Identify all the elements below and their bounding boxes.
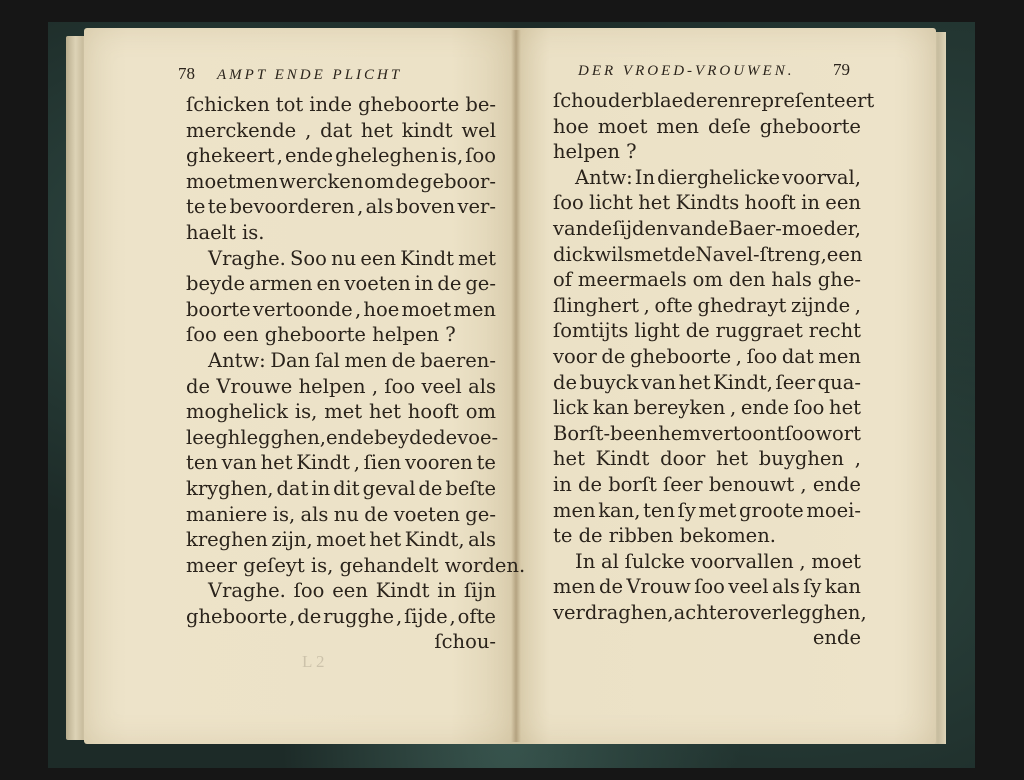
text-line: moghelickis,methethooftom [186,399,496,425]
word: boorte [186,297,251,323]
word: om [693,267,723,293]
word: gheboorte [630,344,731,370]
word: Antw: [208,348,266,374]
word: te [477,450,496,476]
word: Kindt [400,246,454,272]
word: dickwils [553,242,634,268]
text-line: Vraghe.ſooeenKindtinſijn [186,578,496,604]
word: moghelick [186,399,288,425]
word: om [466,399,496,425]
word: het [716,446,748,472]
word: in [553,472,572,498]
word: een [332,578,368,604]
word: in [801,190,820,216]
word: men [553,574,596,600]
word: baeren- [420,348,496,374]
word: nu [334,502,359,528]
text-line: kreghenzijn,moethetKindt,als [186,527,496,553]
word: Dan [270,348,310,374]
word: voeten [344,271,410,297]
word: de [364,502,388,528]
word: de [433,425,457,451]
word: het [361,118,393,144]
word: ſeer [776,370,816,396]
word: men [656,114,699,140]
word: Vraghe. [208,578,286,604]
word: of [553,267,572,293]
word: ſoo [785,421,816,447]
word: te [186,194,205,220]
word: moet [811,549,861,575]
word: benouwt [709,472,794,498]
left-page-body: ſchickentotindegheboortebe-merckende,dat… [186,92,496,655]
word: , [730,395,736,421]
word: beſte [445,476,496,502]
word: ghe- [818,267,861,293]
text-line: moetmenwerckenomdegeboor- [186,169,496,195]
word: het [638,190,670,216]
text-line: ofmeermaelsomdenhalsghe- [553,267,861,293]
word: als [468,374,496,400]
word: kan [593,395,629,421]
text-line: indeborſtſeerbenouwt,ende [553,472,861,498]
word: bereyken [634,395,726,421]
word: overlegghen, [737,600,866,626]
word: Vrouwe [216,374,292,400]
text-line: haelt is. [186,220,496,246]
word: de [418,476,442,502]
word: bevoorderen [229,194,354,220]
word: geboor- [420,169,496,195]
text-line: meer geſeyt is, gehandelt worden. [186,553,496,579]
text-line: beydearmenenvoetenindege- [186,271,496,297]
word: helpen [299,374,366,400]
text-line: vandeſijdenvandeBaer-moeder, [553,216,861,242]
word: ende [285,143,333,169]
word: , [354,450,360,476]
word: veel [728,574,768,600]
word: een [825,190,861,216]
word: Baer-moeder, [728,216,861,242]
word: In [635,165,655,191]
word: gheleghen [335,143,439,169]
word: maniere [186,502,267,528]
word: , [855,293,861,319]
word: een [360,246,396,272]
text-line: leeghlegghen,endebeydedevoe- [186,425,496,451]
word: deſe [708,114,751,140]
word: achter [674,600,738,626]
text-line: hoemoetmendeſegheboorte [553,114,861,140]
word: de [686,318,710,344]
word: met [458,246,496,272]
word: kan, [598,498,640,524]
word: met [699,498,737,524]
text-line: ſlinghert,ofteghedraytzijnde, [553,293,861,319]
word: een [827,242,863,268]
word: men [344,348,387,374]
word: , [289,604,295,630]
word: hooft [408,399,459,425]
word: kindt [402,118,453,144]
text-line: Borſt-beenhemvertoontſoowort [553,421,861,447]
text-line: mendeVrouwſooveelalsſykan [553,574,861,600]
word: in [415,271,434,297]
word: de [599,574,623,600]
word: wercken [279,169,363,195]
word: hals [771,267,811,293]
word: dit [333,476,360,502]
word: qua- [818,370,861,396]
word: ge- [465,271,496,297]
word: meermaels [578,267,687,293]
text-line: dickwilsmetdeNavel-ſtreng,een [553,242,861,268]
text-line: menkan,tenſymetgrootemoei- [553,498,861,524]
word: ſijde [404,604,448,630]
text-line: kryghen,datinditgevaldebeſte [186,476,496,502]
word: , [736,344,742,370]
word: ofte [654,293,692,319]
word: vande [669,216,728,242]
word: in [437,578,456,604]
word: kreghen [186,527,268,553]
word: ſlinghert [553,293,639,319]
word: vooren [405,450,473,476]
word: het [261,450,293,476]
word: hooft [745,190,796,216]
word: buyghen [759,446,844,472]
word: kan [825,574,861,600]
book-gutter [511,30,521,742]
word: , [305,118,311,144]
line-text: haelt is. [186,220,264,246]
word: zijn, [271,527,312,553]
text-line: hetKindtdoorhetbuyghen, [553,446,861,472]
text-line: ſomtijtslightderuggraetrecht [553,318,861,344]
word: buyck [580,370,639,396]
word: Kindt [376,578,430,604]
text-line: te de ribben bekomen. [553,523,861,549]
word: ſijden [613,216,669,242]
word: het [679,370,711,396]
line-text: meer geſeyt is, gehandelt worden. [186,553,525,579]
word: ſulcke [625,549,685,575]
word: Soo [290,246,327,272]
word: lick [553,395,588,421]
word: , [396,604,402,630]
word: de [186,374,210,400]
word: ſoo [694,574,725,600]
word: kryghen, [186,476,274,502]
text-line: Vraghe.SoonueenKindtmet [186,246,496,272]
word: geval [363,476,416,502]
word: de [601,344,625,370]
text-line: lickkanbereyken,endeſoohet [553,395,861,421]
word: ſoo [553,190,584,216]
word: gheboorte [760,114,861,140]
word: ruggraet [716,318,803,344]
word: Vraghe. [208,246,286,272]
word: als [301,502,329,528]
word: , [357,194,363,220]
word: Borſt-been [553,421,658,447]
word: door [660,446,705,472]
word: van [222,450,257,476]
word: ſoo [794,395,825,421]
word: moei- [806,498,861,524]
word: ſy [803,574,821,600]
word: , [644,293,650,319]
word: nu [331,246,356,272]
word: dierghelicke [657,165,780,191]
word: de [578,472,602,498]
word: de [553,370,577,396]
word: verdraghen, [553,600,674,626]
word: is, [441,143,463,169]
word: is, [273,502,295,528]
word: de [672,242,696,268]
word: beyde [374,425,433,451]
word: ſal [315,348,340,374]
word: vertoonde [253,297,353,323]
left-running-header: 78 AMPT ENDE PLICHT [178,64,448,84]
word: , [372,374,378,400]
word: in [311,476,330,502]
word: beyde [186,271,245,297]
word: ſchouderblaederen [553,88,741,114]
word: met [324,399,362,425]
word: veel [421,374,461,400]
word: inde [309,92,352,118]
word: het [829,395,861,421]
word: de [297,604,321,630]
right-running-head: DER VROED-VROUWEN. [578,63,794,80]
word: ende [813,472,861,498]
word: ſy [678,498,696,524]
word: hoe [553,114,589,140]
word: ver- [457,194,495,220]
right-running-header: DER VROED-VROUWEN. 79 [578,60,850,80]
word: te [208,194,227,220]
word: be- [465,92,496,118]
word: de [437,271,461,297]
right-page-number: 79 [833,60,850,80]
word: borſt [608,472,657,498]
line-text: te de ribben bekomen. [553,523,776,549]
word: Kindt [596,446,650,472]
word: moetmen [186,169,278,195]
word: als [366,194,394,220]
word: ſeer [663,472,703,498]
text-line: Antw:Danſalmendebaeren- [186,348,496,374]
word: voeten [394,502,460,528]
text-line: tetebevoorderen,alsbovenver- [186,194,496,220]
line-text: ende [813,625,861,651]
word: ghekeert [186,143,275,169]
word: light [634,318,679,344]
text-line: ſoolichthetKindtshooftineen [553,190,861,216]
left-page-number: 78 [178,64,195,84]
word: licht [589,190,633,216]
word: men [553,498,596,524]
word: , [799,549,805,575]
word: Kindt, [713,370,773,396]
word: , [450,604,456,630]
word: rugghe [323,604,394,630]
word: ende [741,395,789,421]
word: voe- [457,425,498,451]
word: Kindts [676,190,740,216]
text-line: merckende,dathetkindtwel [186,118,496,144]
word: is, [295,399,317,425]
word: ſchicken [186,92,270,118]
text-line: verdraghen,achteroverlegghen, [553,600,861,626]
word: gheboorte [358,92,459,118]
word: ten [186,450,218,476]
word: vertoont [701,421,785,447]
word: en [316,271,340,297]
word: het [369,527,401,553]
word: , [800,472,806,498]
word: ten [643,498,675,524]
word: ſomtijts [553,318,628,344]
word: armen [249,271,313,297]
word: het [369,399,401,425]
word: Navel-ſtreng, [696,242,827,268]
word: als [772,574,800,600]
word: als [468,527,496,553]
left-running-head: AMPT ENDE PLICHT [217,67,402,84]
word: voor [553,344,597,370]
word: om [364,169,394,195]
word: met [634,242,672,268]
word: den [729,267,766,293]
word: ende [326,425,374,451]
word: groote [739,498,804,524]
word: gheboorte [186,604,287,630]
word: ſoo [465,143,496,169]
word: men [453,297,496,323]
word: tot [276,92,303,118]
text-line: ſchouderblaederenrepreſenteert [553,88,861,114]
word: ſien [364,450,402,476]
word: dat [276,476,308,502]
word: moet [598,114,648,140]
word: dat [320,118,352,144]
text-line: tenvanhetKindt,ſienvoorente [186,450,496,476]
word: Vrouw [626,574,690,600]
word: voorval, [782,165,861,191]
text-line: helpen ? [553,139,861,165]
word: ge- [465,502,496,528]
word: , [277,143,283,169]
text-line: Antw:Indierghelickevoorval, [553,165,861,191]
word: In [575,549,595,575]
signature-mark: L 2 [302,652,462,672]
word: de [392,348,416,374]
text-line: ſoo een gheboorte helpen ? [186,322,496,348]
word: hoe [363,297,399,323]
word: , [355,297,361,323]
text-line: debuyckvanhetKindt,ſeerqua- [553,370,861,396]
word: hem [658,421,701,447]
word: boven [396,194,455,220]
word: de [395,169,419,195]
word: ſoo [747,344,778,370]
word: het [553,446,585,472]
word: ſoo [384,374,415,400]
text-line: ende [553,625,861,651]
word: ſijn [464,578,496,604]
right-page-body: ſchouderblaederenrepreſenteerthoemoetmen… [553,88,861,651]
word: vande [553,216,612,242]
text-line: deVrouwehelpen,ſooveelals [186,374,496,400]
word: dat [782,344,814,370]
text-line: ghekeert,endegheleghenis,ſoo [186,143,496,169]
word: legghen [240,425,319,451]
text-line: gheboorte,derugghe,ſijde,ofte [186,604,496,630]
text-line: ſchickentotindegheboortebe- [186,92,496,118]
word: ghedrayt [697,293,786,319]
word: repreſenteert [741,88,875,114]
word: wel [461,118,495,144]
word: Kindt, [405,527,465,553]
word: al [601,549,619,575]
line-text: ſoo een gheboorte helpen ? [186,322,456,348]
word: ſoo [294,578,325,604]
word: moet [402,297,452,323]
word: merckende [186,118,296,144]
word: wort [815,421,861,447]
word: leegh [186,425,240,451]
text-line: Inalſulckevoorvallen,moet [553,549,861,575]
text-line: voordegheboorte,ſoodatmen [553,344,861,370]
word: , [855,446,861,472]
word: voorvallen [691,549,794,575]
word: ofte [458,604,496,630]
word: recht [809,318,861,344]
text-line: boortevertoonde,hoemoetmen [186,297,496,323]
text-line: maniereis,alsnudevoetenge- [186,502,496,528]
word: moet [316,527,366,553]
word: Antw: [575,165,633,191]
line-text: helpen ? [553,139,637,165]
word: Kindt [296,450,350,476]
word: zijnde [791,293,850,319]
word: men [818,344,861,370]
word: van [641,370,676,396]
